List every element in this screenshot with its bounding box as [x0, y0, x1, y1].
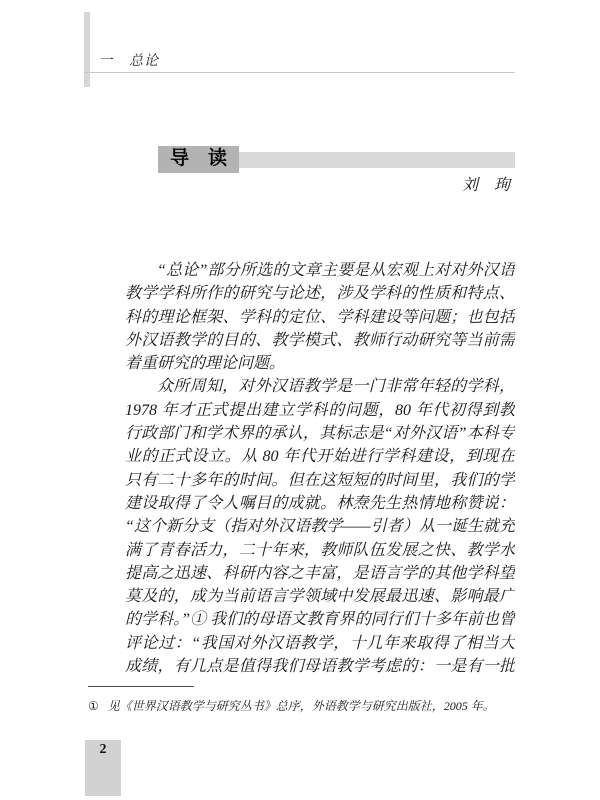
text-line: 建设取得了令人嘱目的成就。林焘先生热情地称赞说：	[125, 492, 515, 515]
chapter-marker: 一	[100, 54, 115, 69]
footnote-separator	[88, 686, 194, 687]
text-line: 外汉语教学的目的、教学模式、教师行动研究等当前需要	[125, 329, 515, 352]
text-line: “总论”部分所选的文章主要是从宏观上对对外汉语	[125, 259, 515, 282]
title-decoration-bar	[239, 152, 515, 168]
paragraph: 众所周知，对外汉语教学是一门非常年轻的学科，1978 年才正式提出建立学科的问题…	[125, 375, 515, 678]
book-page: 一总论 导 读 刘 珣 “总论”部分所选的文章主要是从宏观上对对外汉语教学学科所…	[0, 0, 600, 800]
footnote-text: 见《世界汉语教学与研究丛书》总序，外语教学与研究出版社，2005 年。	[108, 698, 495, 714]
section-title-row: 导 读	[158, 146, 515, 173]
text-line: 成绩，有几点是值得我们母语教学考虑的：一是有一批素	[125, 655, 515, 678]
text-line: 莫及的，成为当前语言学领域中发展最迅速、影响最广泛	[125, 585, 515, 608]
text-line: 着重研究的理论问题。	[125, 352, 515, 375]
text-line: 众所周知，对外汉语教学是一门非常年轻的学科，	[125, 375, 515, 398]
chapter-title: 总论	[129, 54, 159, 69]
text-line: 教学学科所作的研究与论述，涉及学科的性质和特点、学	[125, 282, 515, 305]
body-text: “总论”部分所选的文章主要是从宏观上对对外汉语教学学科所作的研究与论述，涉及学科…	[125, 259, 515, 678]
text-line: 只有二十多年的时间。但在这短短的时间里，我们的学科	[125, 469, 515, 492]
page-number-box: 2	[85, 740, 121, 796]
page-number: 2	[100, 742, 107, 758]
text-line: 科的理论框架、学科的定位、学科建设等问题；也包括对	[125, 306, 515, 329]
running-header: 一总论	[100, 50, 159, 70]
text-line: “这个新分支（指对外汉语教学——引者）从一诞生就充	[125, 515, 515, 538]
text-line: 提高之迅速、科研内容之丰富，是语言学的其他学科望尘	[125, 562, 515, 585]
text-line: 1978 年才正式提出建立学科的问题，80 年代初得到教育	[125, 399, 515, 422]
header-rule	[84, 72, 515, 73]
text-line: 业的正式设立。从 80 年代开始进行学科建设，到现在也	[125, 445, 515, 468]
paragraph: “总论”部分所选的文章主要是从宏观上对对外汉语教学学科所作的研究与论述，涉及学科…	[125, 259, 515, 375]
footnote: ① 见《世界汉语教学与研究丛书》总序，外语教学与研究出版社，2005 年。	[88, 698, 518, 714]
author-name: 刘 珣	[462, 172, 510, 195]
text-line: 行政部门和学术界的承认，其标志是“对外汉语”本科专	[125, 422, 515, 445]
text-line: 评论过：“我国对外汉语教学，十几年来取得了相当大的	[125, 632, 515, 655]
section-title: 导 读	[158, 146, 239, 173]
text-line: 的学科。”① 我们的母语文教育界的同行们十多年前也曾	[125, 608, 515, 631]
footnote-marker: ①	[88, 698, 99, 714]
text-line: 满了青春活力，二十年来，教师队伍发展之快、教学水平	[125, 539, 515, 562]
margin-bar	[84, 12, 90, 87]
